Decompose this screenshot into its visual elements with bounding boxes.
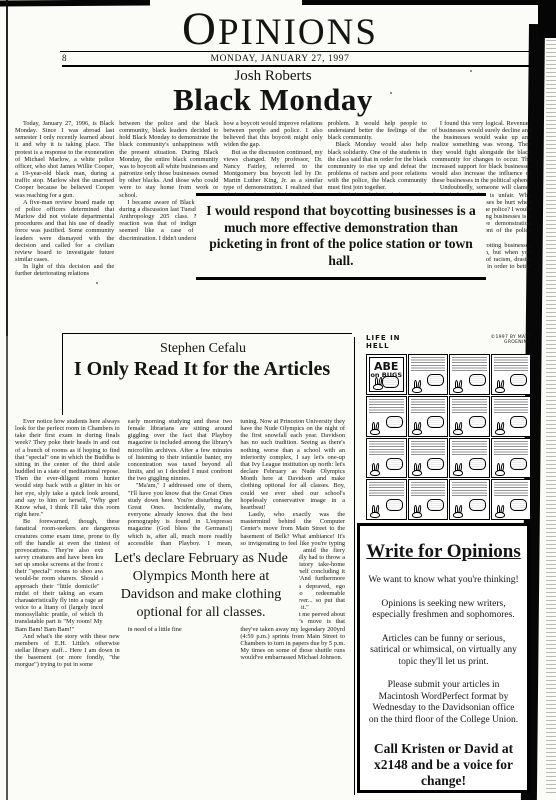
panel-text-scribble (452, 399, 487, 414)
panel-text-scribble (494, 357, 529, 372)
panel-text-scribble (369, 441, 404, 456)
comic-header: LIFE IN HELL ©1997 BY MATT GROENING (366, 335, 531, 350)
masthead-title: PINIONS (218, 12, 378, 53)
panel-text-scribble (411, 357, 446, 372)
speech-bubble-icon (386, 499, 403, 511)
speech-bubble-icon (510, 416, 527, 428)
panel-text-scribble (452, 441, 487, 456)
article1-column-1: Today, January 27, 1996, is Black Monday… (15, 120, 114, 331)
comic-panel (449, 354, 490, 395)
comic-panel (491, 396, 532, 437)
speech-bubble-icon (427, 374, 444, 386)
scan-artifact-top-right (302, 0, 556, 5)
rabbit-icon (453, 463, 465, 476)
rabbit-icon (370, 463, 382, 476)
write-box-submit: Please submit your articles in Macintosh… (368, 680, 519, 726)
panel-text-scribble (452, 357, 487, 372)
comic-panel (449, 438, 490, 479)
panel-text-scribble (494, 482, 529, 497)
write-box-seeking: Opinions is seeking new writers, especia… (368, 599, 519, 622)
comic-panel (449, 479, 490, 520)
comic-panel (366, 396, 407, 437)
comic-panel (408, 396, 449, 437)
masthead-initial: O (182, 3, 218, 55)
panel-text-scribble (369, 399, 404, 414)
write-box-call-to-action: Call Kristen or David at x2148 and be a … (366, 741, 521, 789)
write-for-opinions-box: Write for Opinions We want to know what … (357, 523, 530, 793)
rabbit-icon (412, 463, 424, 476)
speech-bubble-icon (386, 458, 403, 470)
masthead-rule-bottom (62, 65, 531, 67)
panel-text-scribble (452, 482, 487, 497)
comic-title-frame: ABE on BUGS (369, 357, 404, 392)
speech-bubble-icon (427, 499, 444, 511)
speech-bubble-icon (469, 374, 486, 386)
comic-panel (366, 438, 407, 479)
speech-bubble-icon (386, 416, 403, 428)
comic-panel (408, 479, 449, 520)
panel-text-scribble (411, 482, 446, 497)
comic-credit: ©1997 BY MATT GROENING (481, 335, 531, 345)
comic-strip-title: LIFE IN HELL (366, 335, 410, 350)
comic-panel (491, 479, 532, 520)
column-divider-rule (354, 337, 355, 795)
speech-bubble-icon (510, 458, 527, 470)
section-divider-rule (62, 333, 352, 334)
rabbit-icon (453, 380, 465, 393)
write-box-articles: Articles can be funny or serious, satiri… (368, 634, 519, 669)
rabbit-icon (370, 505, 382, 518)
rabbit-icon (412, 380, 424, 393)
comic-panel (491, 438, 532, 479)
comic-strip: ABE on BUGS (366, 354, 531, 520)
rabbit-icon (453, 505, 465, 518)
panel-text-scribble (411, 441, 446, 456)
adjacent-page-sliver (546, 40, 556, 796)
rabbit-icon (495, 422, 507, 435)
comic-panel (449, 396, 490, 437)
article2-pull-quote: Let's declare February as Nude Olympics … (103, 546, 299, 626)
article2-headline: I Only Read It for the Articles (52, 358, 352, 381)
write-box-intro: We want to know what you're thinking! (368, 575, 519, 587)
page-left-edge-line (6, 0, 8, 800)
write-box-title: Write for Opinions (360, 541, 527, 563)
comic-panel (408, 354, 449, 395)
rabbit-icon (412, 422, 424, 435)
masthead-rule-top (60, 51, 531, 52)
newspaper-page: OPINIONS 8 MONDAY, JANUARY 27, 1997 Josh… (0, 0, 556, 800)
speech-bubble-icon (510, 374, 527, 386)
panel-text-scribble (411, 399, 446, 414)
comic-panel (408, 438, 449, 479)
panel-text-scribble (369, 482, 404, 497)
speech-bubble-icon (469, 499, 486, 511)
rabbit-icon (412, 505, 424, 518)
comic-panel (366, 479, 407, 520)
issue-date: MONDAY, JANUARY 27, 1997 (20, 54, 540, 64)
rabbit-icon (495, 380, 507, 393)
speech-bubble-icon (427, 458, 444, 470)
panel-text-scribble (494, 399, 529, 414)
article1-headline: Black Monday (15, 82, 531, 118)
comic-panel (491, 354, 532, 395)
comic-title-panel: ABE on BUGS (366, 354, 407, 395)
rabbit-icon (453, 422, 465, 435)
speech-bubble-icon (469, 416, 486, 428)
speech-bubble-icon (427, 416, 444, 428)
section-masthead: OPINIONS (20, 6, 540, 56)
panel-text-scribble (494, 441, 529, 456)
speech-bubble-icon (382, 376, 399, 388)
scan-artifact-corner (538, 0, 556, 38)
rabbit-icon (370, 422, 382, 435)
rabbit-icon (495, 505, 507, 518)
speech-bubble-icon (469, 458, 486, 470)
speech-bubble-icon (510, 499, 527, 511)
article1-pull-quote: I would respond that boycotting business… (196, 193, 486, 280)
article2-byline: Stephen Cefalu (62, 341, 344, 357)
rabbit-icon (495, 463, 507, 476)
